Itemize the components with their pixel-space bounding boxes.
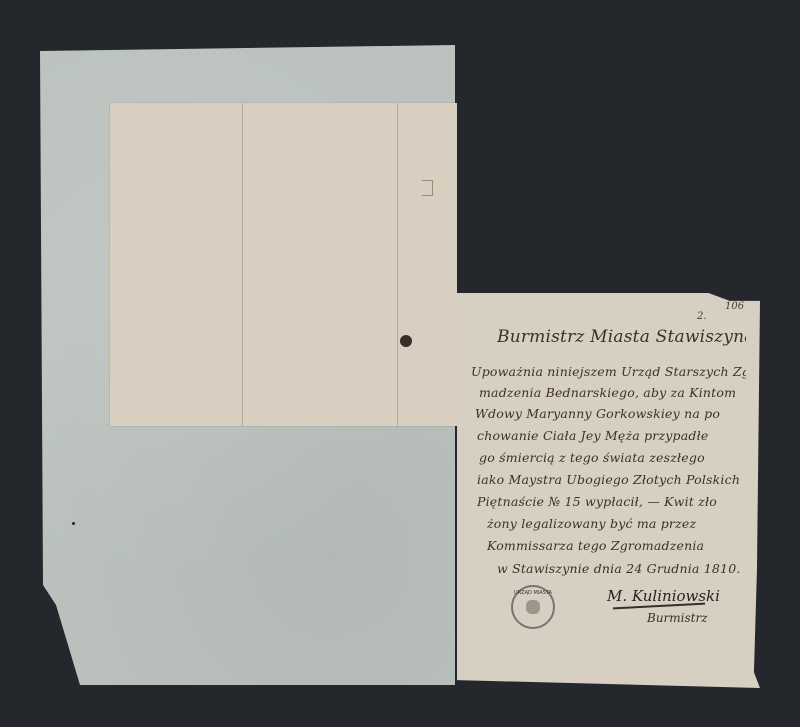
letter-line: go śmiercią z tego świata zeszłego <box>479 450 746 465</box>
letter-line: chowanie Ciała Jey Męża przypadłe <box>477 428 746 443</box>
letter-line: madzenia Bednarskiego, aby za Kintom <box>479 385 746 400</box>
letter-line: w Stawiszynie dnia 24 Grudnia 1810. <box>497 561 746 576</box>
letter-line: Upoważnia niniejszem Urząd Starszych Zgr… <box>471 364 746 379</box>
letter-line: Kommissarza tego Zgromadzenia <box>487 538 746 553</box>
letter-line: iako Maystra Ubogiego Złotych Polskich <box>477 472 746 487</box>
ink-mark <box>422 180 433 196</box>
fold-line <box>397 103 398 426</box>
letter-line: Piętnaście № 15 wypłacił, — Kwit zło <box>477 494 746 509</box>
letter-heading: Burmistrz Miasta Stawiszyna <box>497 327 746 347</box>
wax-seal-remnant <box>400 335 412 347</box>
signature-title: Burmistrz <box>647 611 708 625</box>
letter-line: żony legalizowany być ma przez <box>487 516 746 531</box>
folded-letter-reverse <box>110 103 457 426</box>
eagle-emblem-icon <box>526 600 540 614</box>
official-stamp: URZĄD MIASTA <box>511 585 555 629</box>
stamp-text: URZĄD MIASTA <box>513 590 553 596</box>
paper-spot <box>72 522 75 525</box>
folio-number: 106 <box>725 301 744 312</box>
handwritten-certificate: 2. 106 Burmistrz Miasta Stawiszyna Upowa… <box>457 293 760 688</box>
letter-line: Wdowy Maryanny Gorkowskiey na po <box>475 406 746 421</box>
page-number: 2. <box>697 311 707 322</box>
fold-line <box>242 103 243 426</box>
